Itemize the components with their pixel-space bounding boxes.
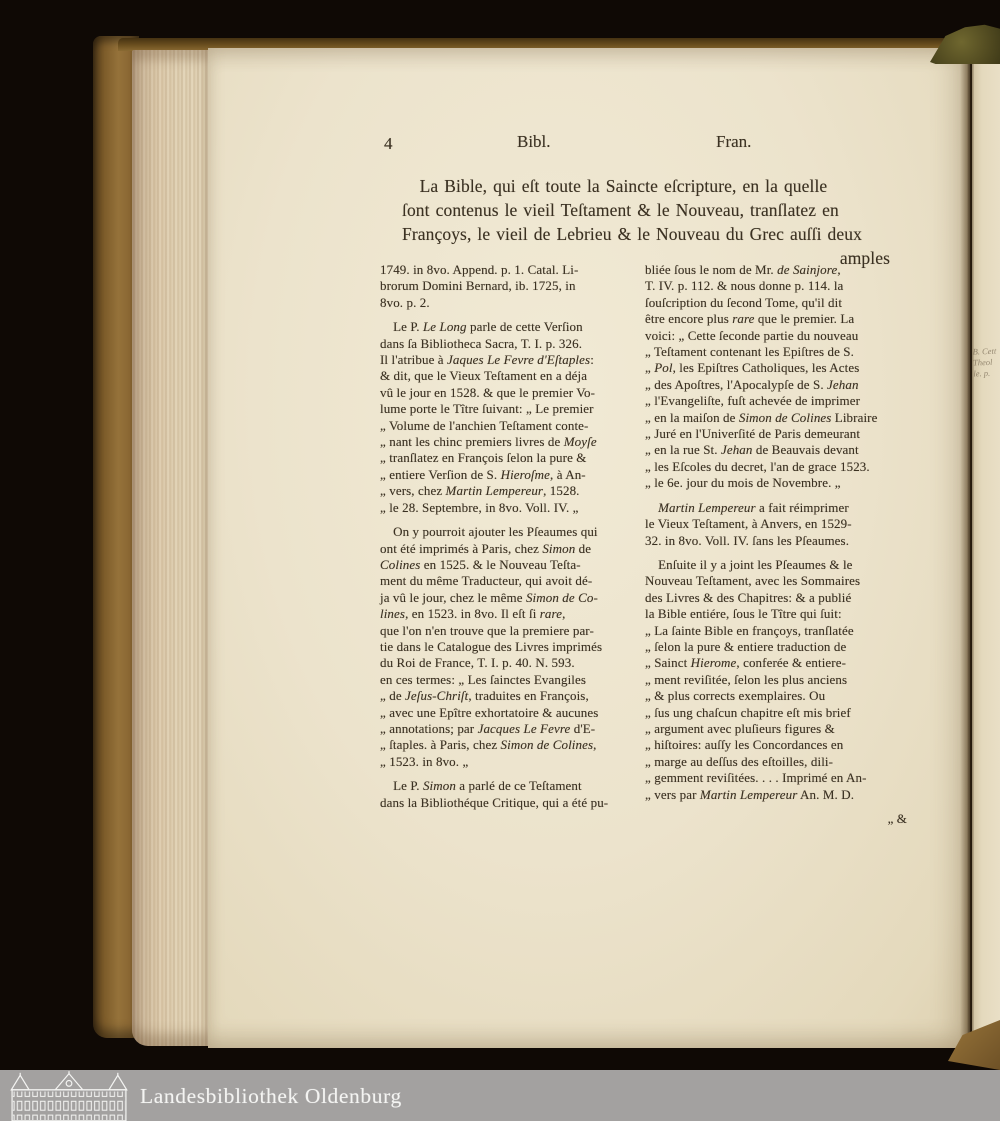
intro-lines: La Bible, qui eſt toute la Saincte eſcri… [402,174,890,246]
page-block-fore-edge [132,50,210,1046]
paragraph: Le P. Simon a parlé de ce Teſtamentdans … [380,778,634,811]
next-page-sliver [972,52,1000,1048]
paragraph: On y pourroit ajouter les Pſeaumes quion… [380,524,634,770]
handwritten-marginal-note: B. CettTheolle. p. [972,345,1000,379]
text-column-left: 1749. in 8vo. Append. p. 1. Catal. Li-br… [380,262,634,819]
digitized-book-scan: { "colors": { "background": "#0f0905", "… [0,0,1000,1121]
catchword: „ & [645,811,907,827]
intro-paragraph: La Bible, qui eſt toute la Saincte eſcri… [402,174,890,270]
paragraph: Le P. Le Long parle de cette Verſiondans… [380,319,634,516]
paragraph: Enſuite il y a joint les Pſeaumes & leNo… [645,557,907,803]
text-column-right: bliée ſous le nom de Mr. de Sainjore,T. … [645,262,907,835]
running-header-right: Fran. [716,132,751,152]
printed-page-content: 4 Bibl. Fran. La Bible, qui eſt toute la… [208,48,970,1048]
paragraph: Martin Lempereur a fait réimprimerle Vie… [645,500,907,549]
library-name: Landesbibliothek Oldenburg [140,1070,402,1121]
paragraph: bliée ſous le nom de Mr. de Sainjore,T. … [645,262,907,492]
library-building-icon [8,1071,130,1121]
page-number: 4 [384,134,393,154]
paragraph: 1749. in 8vo. Append. p. 1. Catal. Li-br… [380,262,634,311]
running-header-left: Bibl. [517,132,551,152]
